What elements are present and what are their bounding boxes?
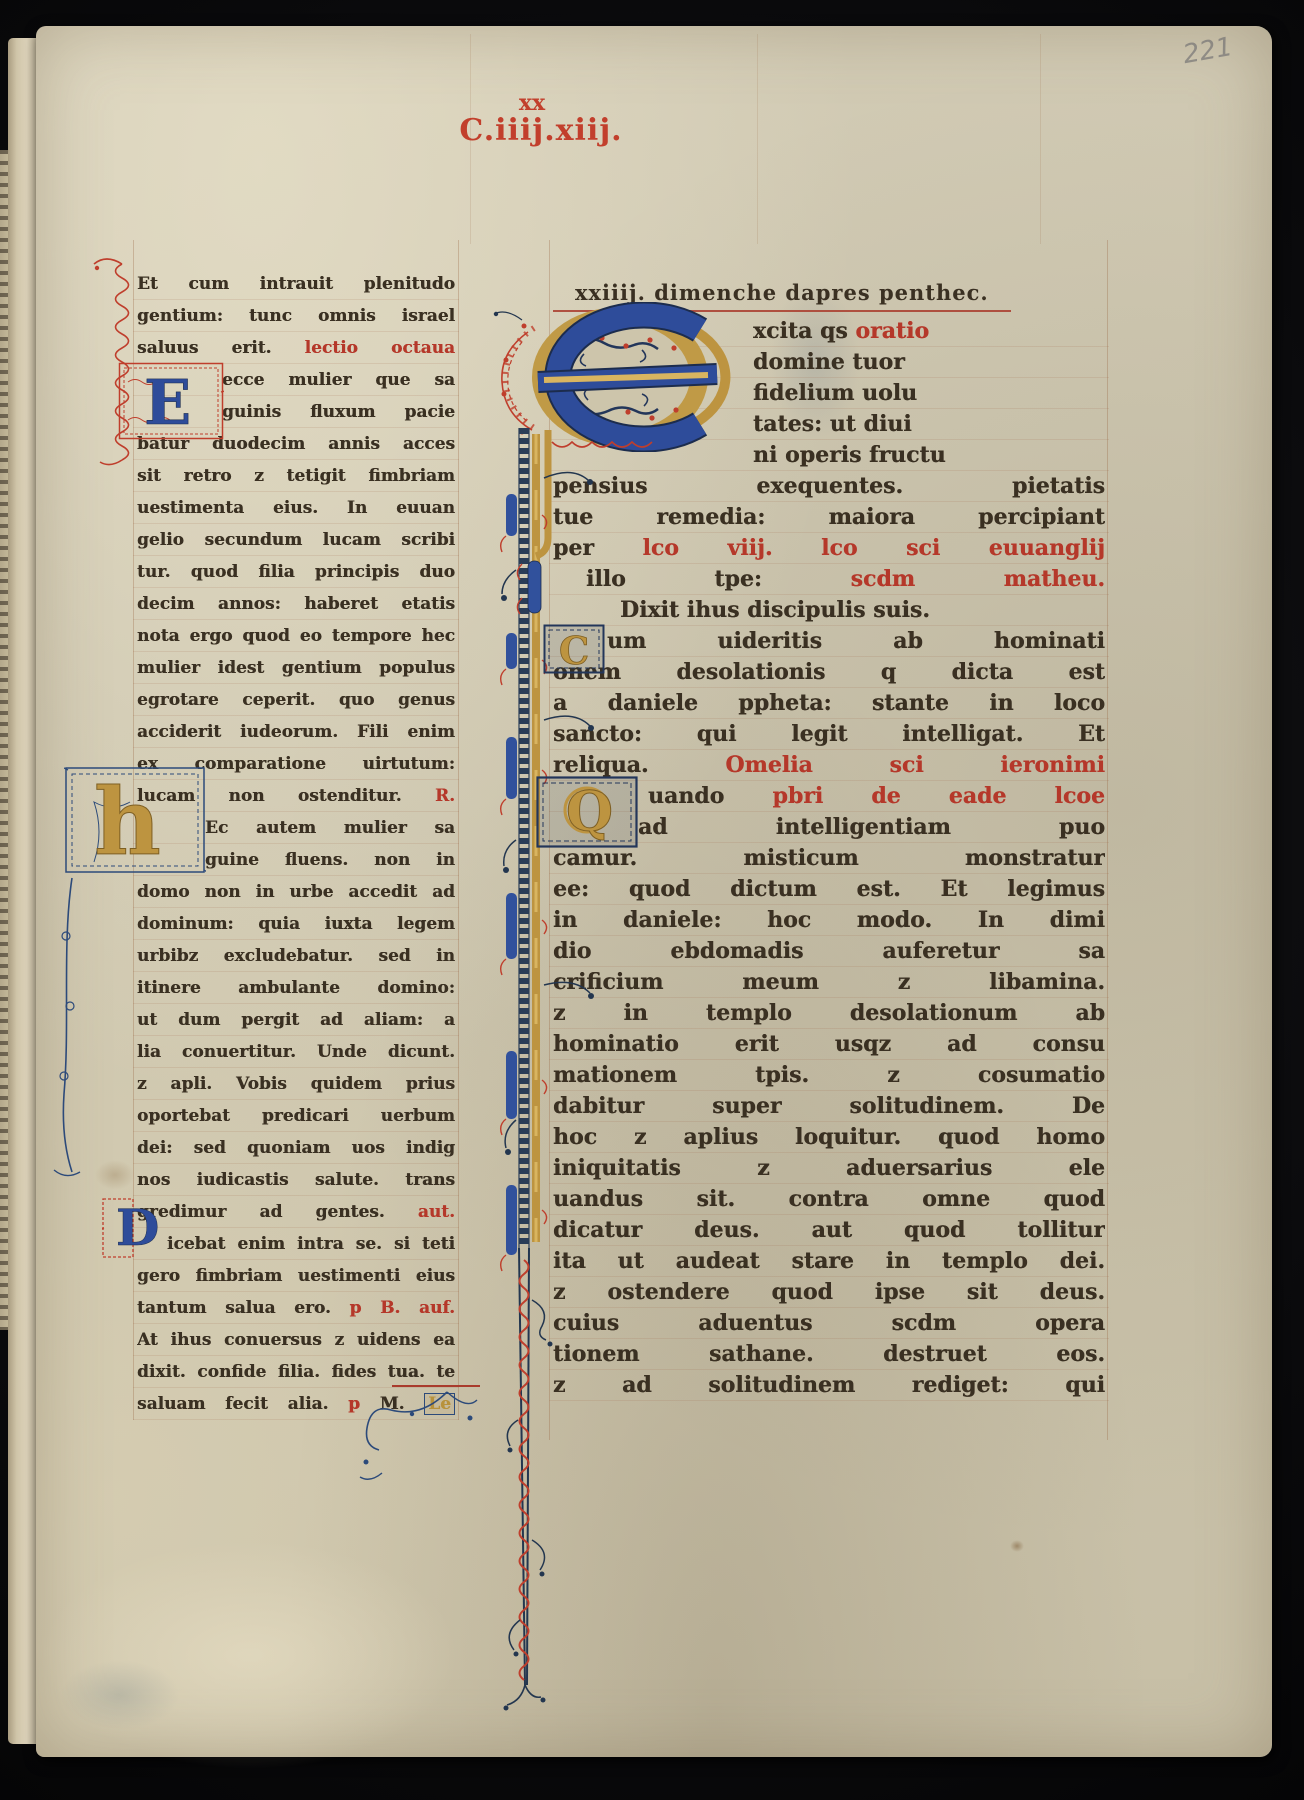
text-line: urbibz excludebatur. sed in [137, 940, 455, 972]
text-line: reliqua. Omelia sci ieronimi [553, 750, 1105, 781]
text-line: pensius exequentes. pietatis [553, 471, 1105, 502]
text-line: dicatur deus. aut quod tollitur [553, 1215, 1105, 1246]
text-line: domo non in urbe accedit ad [137, 876, 455, 908]
text-line: gredimur ad gentes. aut. [137, 1196, 455, 1228]
text-line: ecce mulier que sa [222, 364, 455, 396]
text-line: tur. quod filia principis duo [137, 556, 455, 588]
text-line: domine tuor [753, 347, 1105, 378]
text-line: saluam fecit alia. p M. Le [137, 1388, 455, 1420]
text-line: icebat enim intra se. si teti [167, 1228, 455, 1260]
text-line: lia conuertitur. Unde dicunt. [137, 1036, 455, 1068]
text-line: z in templo desolationum ab [553, 998, 1105, 1029]
text-line: dominum: quia iuxta legem [137, 908, 455, 940]
text-line: onem desolationis q dicta est [553, 657, 1105, 688]
text-line: tue remedia: maiora percipiant [553, 502, 1105, 533]
text-line: camur. misticum monstratur [553, 843, 1105, 874]
text-line: xcita qs oratio [753, 316, 1105, 347]
text-line: a daniele ppheta: stante in loco [553, 688, 1105, 719]
text-line: dio ebdomadis auferetur sa [553, 936, 1105, 967]
text-line: ut dum pergit ad aliam: a [137, 1004, 455, 1036]
running-header-right: xxiiij. dimenche dapres penthec. [575, 280, 1035, 305]
text-line: iniquitatis z aduersarius ele [553, 1153, 1105, 1184]
text-line: uestimenta eius. In euuan [137, 492, 455, 524]
text-line: z ostendere quod ipse sit deus. [553, 1277, 1105, 1308]
text-line: ad intelligentiam puo [638, 812, 1105, 843]
text-line: gentium: tunc omnis israel [137, 300, 455, 332]
text-line: gero fimbriam uestimenti eius [137, 1260, 455, 1292]
text-line: ex comparatione uirtutum: [137, 748, 455, 780]
text-line: mulier idest gentium populus [137, 652, 455, 684]
text-line: gelio secundum lucam scribi [137, 524, 455, 556]
text-line: illo tpe: scdm matheu. [586, 564, 1105, 595]
text-line: uando pbri de eade lcoe [648, 781, 1105, 812]
text-line: z apli. Vobis quidem prius [137, 1068, 455, 1100]
text-line: in daniele: hoc modo. In dimi [553, 905, 1105, 936]
text-line: acciderit iudeorum. Fili enim [137, 716, 455, 748]
text-line: z ad solitudinem rediget: qui [553, 1370, 1105, 1401]
text-line: Dixit ihus discipulis suis. [620, 595, 1105, 626]
text-line: saluus erit. lectio octaua [137, 332, 455, 364]
text-line: cuius aduentus scdm opera [553, 1308, 1105, 1339]
text-line: ni operis fructu [753, 440, 1105, 471]
text-line: sit retro z tetigit fimbriam [137, 460, 455, 492]
text-line: nos iudicastis salute. trans [137, 1164, 455, 1196]
text-line: decim annos: haberet etatis [137, 588, 455, 620]
text-line: crificium meum z libamina. [553, 967, 1105, 998]
text-line: fidelium uolu [753, 378, 1105, 409]
text-line: mationem tpis. z cosumatio [553, 1060, 1105, 1091]
manuscript-photo: xx C.iiij.xiij. 221 xxiiij. dimenche dap… [0, 0, 1304, 1800]
text-line: dabitur super solitudinem. De [553, 1091, 1105, 1122]
text-line: guinis fluxum pacie [222, 396, 455, 428]
text-line: ee: quod dictum est. Et legimus [553, 874, 1105, 905]
text-line: tionem sathane. destruet eos. [553, 1339, 1105, 1370]
text-line: dixit. confide filia. fides tua. te [137, 1356, 455, 1388]
chapter-heading: C.iiij.xiij. [441, 113, 641, 148]
text-line: itinere ambulante domino: [137, 972, 455, 1004]
text-line: hoc z aplius loquitur. quod homo [553, 1122, 1105, 1153]
rubric-rule [553, 310, 1011, 312]
text-line: Et cum intrauit plenitudo [137, 268, 455, 300]
text-line: oportebat predicari uerbum [137, 1100, 455, 1132]
text-line: egrotare ceperit. quo genus [137, 684, 455, 716]
text-line: Ec autem mulier sa [205, 812, 455, 844]
text-line: hominatio erit usqz ad consu [553, 1029, 1105, 1060]
text-line: dei: sed quoniam uos indig [137, 1132, 455, 1164]
text-line: um uideritis ab hominati [607, 626, 1105, 657]
text-line: per lco viij. lco sci euuanglij [553, 533, 1105, 564]
text-line: guine fluens. non in [205, 844, 455, 876]
left-column: Et cum intrauit plenitudo gentium: tunc … [137, 268, 455, 1420]
text-line: lucam non ostenditur. R. [137, 780, 455, 812]
text-line: batur duodecim annis acces [137, 428, 455, 460]
text-line: tantum salua ero. p B. auf. [137, 1292, 455, 1324]
text-line: tates: ut diui [753, 409, 1105, 440]
text-line: At ihus conuersus z uidens ea [137, 1324, 455, 1356]
text-line: ita ut audeat stare in templo dei. [553, 1246, 1105, 1277]
right-column: xcita qs oratio domine tuor fidelium uol… [553, 316, 1105, 1401]
text-line: uandus sit. contra omne quod [553, 1184, 1105, 1215]
text-line: nota ergo quod eo tempore hec [137, 620, 455, 652]
text-line: sancto: qui legit intelligat. Et [553, 719, 1105, 750]
